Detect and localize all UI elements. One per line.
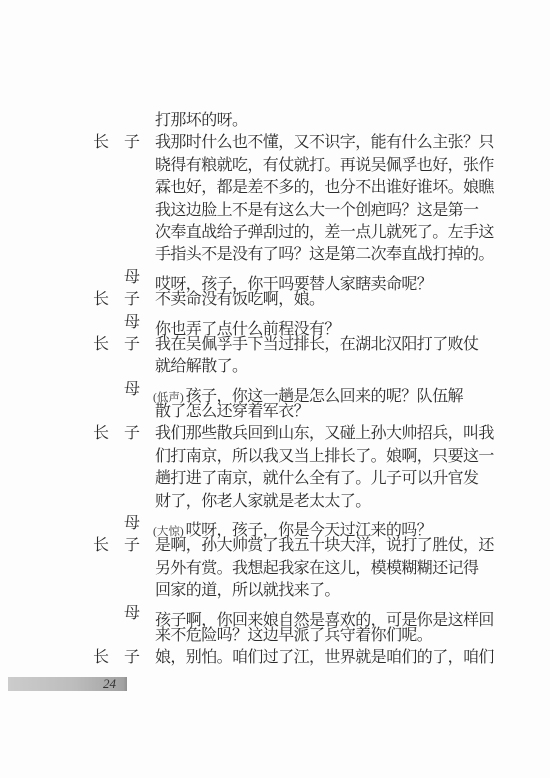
speaker-char-1: 长 xyxy=(93,535,109,557)
dialogue-text: 霖也好，都是差不多的，也分不出谁好谁坏。娘瞧 xyxy=(153,177,494,200)
dialogue-text: 回家的道，所以就找来了。 xyxy=(153,580,340,603)
dialogue-line: 母哎呀，孩子，你干吗要替人家瞎卖命呢？ xyxy=(93,267,494,289)
dialogue-text: 们打南京，所以我又当上排长了。娘啊，只要这一 xyxy=(153,446,494,469)
line-text: 来不危险吗？这边早派了兵守着你们呢。 xyxy=(155,627,432,644)
line-text: 散了怎么还穿着军衣？ xyxy=(155,403,309,420)
speaker-label: 母 xyxy=(93,312,140,334)
line-text: 是啊，孙大帅赏了我五十块大洋，说打了胜仗，还 xyxy=(155,537,494,554)
dialogue-text: 我这边脸上不是有这么大一个创疤吗？这是第一 xyxy=(153,200,478,223)
speaker-label: 母 xyxy=(93,267,140,289)
speaker-label: 长子 xyxy=(93,647,140,669)
dialogue-line: 母(大惊)哎呀，孩子，你是今天过江来的吗？ xyxy=(93,513,494,535)
line-text: 回家的道，所以就找来了。 xyxy=(155,582,340,599)
dialogue-line: 回家的道，所以就找来了。 xyxy=(93,580,494,602)
speaker-label: 母 xyxy=(93,379,140,401)
line-text: 我这边脸上不是有这么大一个创疤吗？这是第一 xyxy=(155,202,478,219)
dialogue-text: 娘，别怕。咱们过了江，世界就是咱们的了，咱们 xyxy=(153,647,494,670)
line-text: 娘，别怕。咱们过了江，世界就是咱们的了，咱们 xyxy=(155,649,494,666)
dialogue-line: 们打南京，所以我又当上排长了。娘啊，只要这一 xyxy=(93,446,494,468)
dialogue-text: 手指头不是没有了吗？这是第二次奉直战打掉的。 xyxy=(153,244,494,267)
speaker-char-2: 母 xyxy=(124,379,140,401)
line-text: 我在吴佩孚手下当过排长，在湖北汉阳打了败仗 xyxy=(155,336,478,353)
speaker-char-2: 母 xyxy=(124,267,140,289)
speaker-char-2: 子 xyxy=(124,289,140,311)
dialogue-line: 长子娘，别怕。咱们过了江，世界就是咱们的了，咱们 xyxy=(93,647,494,669)
dialogue-text: 我那时什么也不懂，又不识字，能有什么主张？只 xyxy=(153,132,494,155)
line-text: 就给解散了。 xyxy=(155,358,247,375)
speaker-char-2: 母 xyxy=(124,312,140,334)
dialogue-text: 我们那些散兵回到山东，又碰上孙大帅招兵，叫我 xyxy=(153,423,494,446)
page-number-bar: 24 xyxy=(8,677,127,691)
speaker-label: 长子 xyxy=(93,132,140,154)
line-text: 另外有赏。我想起我家在这儿，模模糊糊还记得 xyxy=(155,560,478,577)
dialogue-line: 长子我那时什么也不懂，又不识字，能有什么主张？只 xyxy=(93,132,494,154)
speaker-char-2: 子 xyxy=(124,647,140,669)
speaker-char-2: 子 xyxy=(124,535,140,557)
dialogue-line: 长子我在吴佩孚手下当过排长，在湖北汉阳打了败仗 xyxy=(93,334,494,356)
speaker-label: 长子 xyxy=(93,423,140,445)
dialogue-line: 长子我们那些散兵回到山东，又碰上孙大帅招兵，叫我 xyxy=(93,423,494,445)
book-page: 打那坏的呀。长子我那时什么也不懂，又不识字，能有什么主张？只晓得有粮就吃，有仗就… xyxy=(0,0,550,778)
dialogue-text: 我在吴佩孚手下当过排长，在湖北汉阳打了败仗 xyxy=(153,334,478,357)
line-text: 我们那些散兵回到山东，又碰上孙大帅招兵，叫我 xyxy=(155,425,494,442)
speaker-char-2: 母 xyxy=(124,513,140,535)
dialogue-line: 长子是啊，孙大帅赏了我五十块大洋，说打了胜仗，还 xyxy=(93,535,494,557)
speaker-char-2: 子 xyxy=(124,423,140,445)
dialogue-line: 母孩子啊，你回来娘自然是喜欢的，可是你是这样回 xyxy=(93,603,494,625)
line-text: 晓得有粮就吃，有仗就打。再说吴佩孚也好，张作 xyxy=(155,157,494,174)
dialogue-text: 另外有赏。我想起我家在这儿，模模糊糊还记得 xyxy=(153,558,478,581)
dialogue-line: 晓得有粮就吃，有仗就打。再说吴佩孚也好，张作 xyxy=(93,155,494,177)
dialogue-line: 我这边脸上不是有这么大一个创疤吗？这是第一 xyxy=(93,200,494,222)
line-text: 我那时什么也不懂，又不识字，能有什么主张？只 xyxy=(155,134,494,151)
line-text: 不卖命没有饭吃啊，娘。 xyxy=(155,291,324,308)
speaker-char-1: 长 xyxy=(93,289,109,311)
dialogue-line: 打那坏的呀。 xyxy=(93,110,494,132)
line-text: 打那坏的呀。 xyxy=(155,112,247,129)
line-text: 财了，你老人家就是老太太了。 xyxy=(155,493,371,510)
dialogue-text: 来不危险吗？这边早派了兵守着你们呢。 xyxy=(153,625,432,648)
dialogue-text: 就给解散了。 xyxy=(153,356,247,379)
dialogue-line: 财了，你老人家就是老太太了。 xyxy=(93,491,494,513)
line-text: 手指头不是没有了吗？这是第二次奉直战打掉的。 xyxy=(155,246,494,263)
speaker-char-1: 长 xyxy=(93,132,109,154)
speaker-char-1: 长 xyxy=(93,647,109,669)
speaker-char-1: 长 xyxy=(93,334,109,356)
line-text: 们打南京，所以我又当上排长了。娘啊，只要这一 xyxy=(155,448,494,465)
speaker-char-2: 母 xyxy=(124,603,140,625)
speaker-char-2: 子 xyxy=(124,334,140,356)
dialogue-text: 打那坏的呀。 xyxy=(153,110,247,133)
dialogue-text: 次奉直战给子弹刮过的，差一点儿就死了。左手这 xyxy=(153,222,494,245)
dialogue-line: 霖也好，都是差不多的，也分不出谁好谁坏。娘瞧 xyxy=(93,177,494,199)
dialogue-line: 长子不卖命没有饭吃啊，娘。 xyxy=(93,289,494,311)
speaker-label: 母 xyxy=(93,603,140,625)
dialogue-text: 不卖命没有饭吃啊，娘。 xyxy=(153,289,324,312)
speaker-label: 母 xyxy=(93,513,140,535)
dialogue-text: 是啊，孙大帅赏了我五十块大洋，说打了胜仗，还 xyxy=(153,535,494,558)
dialogue-text: 散了怎么还穿着军衣？ xyxy=(153,401,309,424)
dialogue-line: 就给解散了。 xyxy=(93,356,494,378)
line-text: 趟打进了南京，就什么全有了。儿子可以升官发 xyxy=(155,470,478,487)
dialogue-text: 晓得有粮就吃，有仗就打。再说吴佩孚也好，张作 xyxy=(153,155,494,178)
dialogue-line: 另外有赏。我想起我家在这儿，模模糊糊还记得 xyxy=(93,558,494,580)
page-number: 24 xyxy=(103,677,127,691)
speaker-label: 长子 xyxy=(93,334,140,356)
dialogue-lines: 打那坏的呀。长子我那时什么也不懂，又不识字，能有什么主张？只晓得有粮就吃，有仗就… xyxy=(93,110,494,670)
dialogue-line: 母(低声)孩子，你这一趟是怎么回来的呢？队伍解 xyxy=(93,379,494,401)
line-text: 次奉直战给子弹刮过的，差一点儿就死了。左手这 xyxy=(155,224,494,241)
dialogue-line: 次奉直战给子弹刮过的，差一点儿就死了。左手这 xyxy=(93,222,494,244)
speaker-label: 长子 xyxy=(93,289,140,311)
dialogue-text: 趟打进了南京，就什么全有了。儿子可以升官发 xyxy=(153,468,478,491)
speaker-label: 长子 xyxy=(93,535,140,557)
speaker-char-2: 子 xyxy=(124,132,140,154)
speaker-char-1: 长 xyxy=(93,423,109,445)
dialogue-line: 母你也弄了点什么前程没有？ xyxy=(93,312,494,334)
line-text: 霖也好，都是差不多的，也分不出谁好谁坏。娘瞧 xyxy=(155,179,494,196)
dialogue-text: 财了，你老人家就是老太太了。 xyxy=(153,491,371,514)
dialogue-line: 趟打进了南京，就什么全有了。儿子可以升官发 xyxy=(93,468,494,490)
dialogue-line: 手指头不是没有了吗？这是第二次奉直战打掉的。 xyxy=(93,244,494,266)
